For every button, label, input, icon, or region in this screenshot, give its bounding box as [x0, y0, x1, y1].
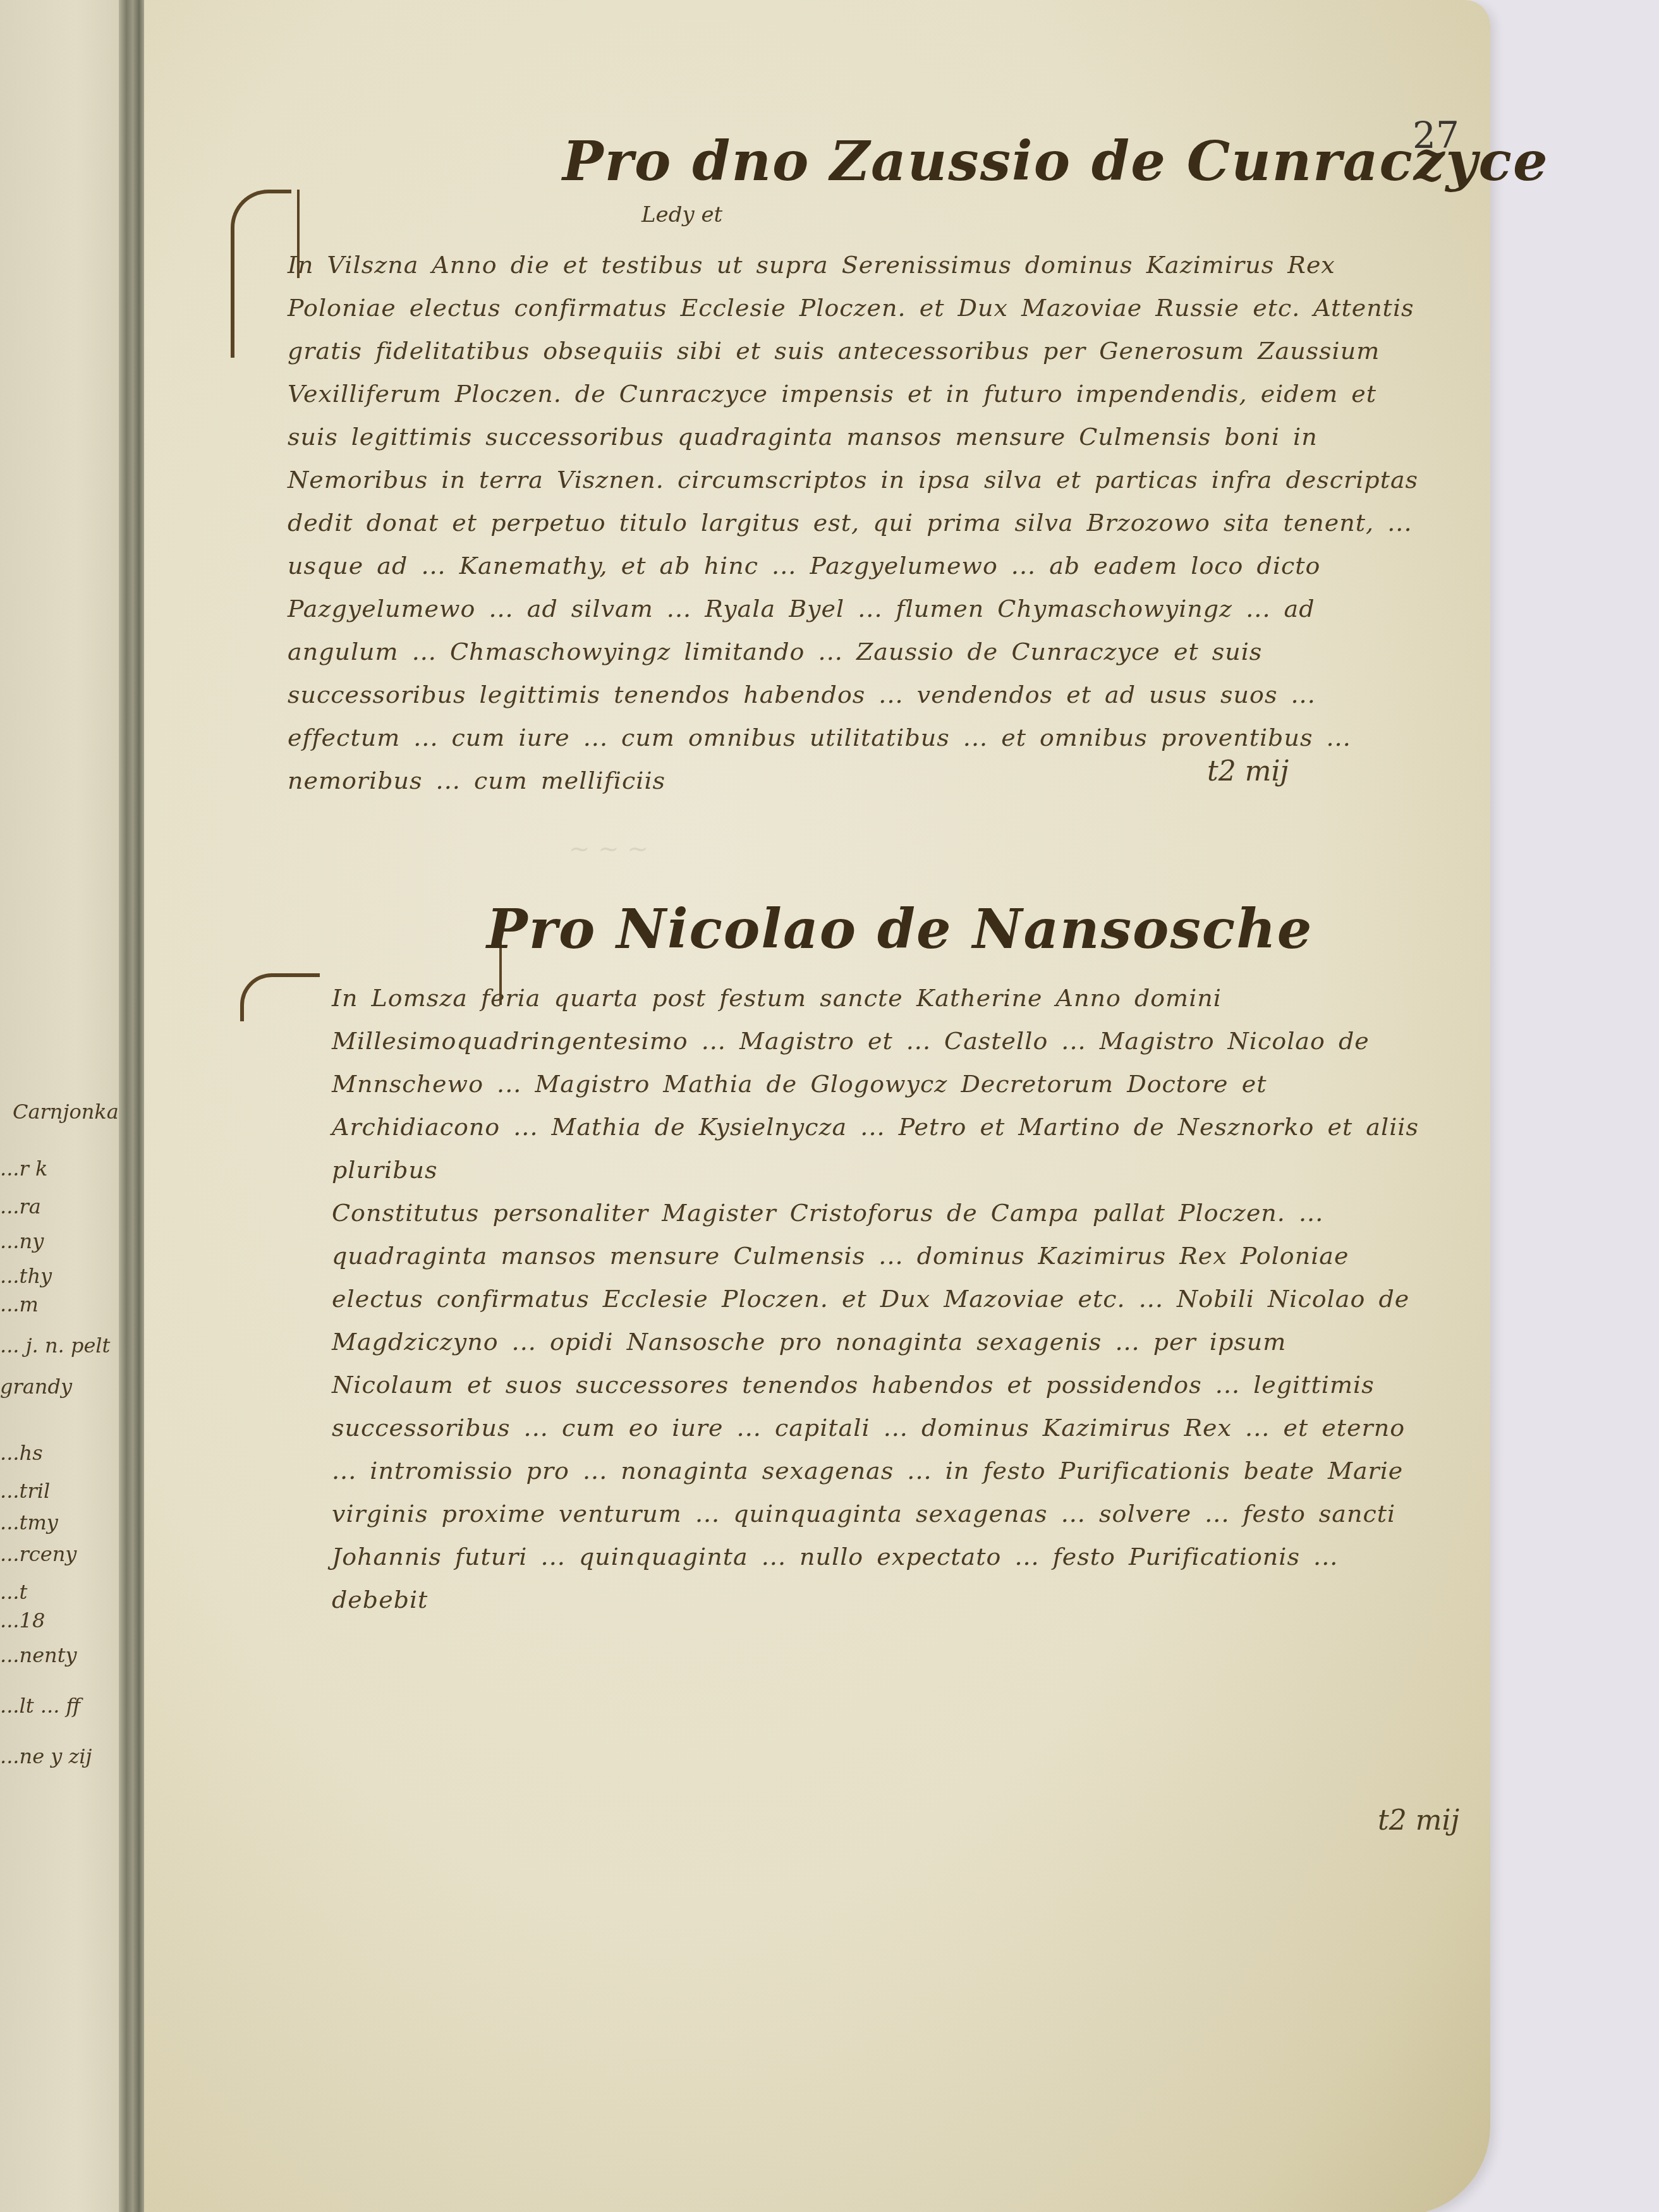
signature-mark: t2 mij [1378, 1804, 1459, 1837]
initial-flourish [231, 190, 291, 358]
initial-flourish [240, 973, 320, 1021]
entry-text: In Vilszna Anno die et testibus ut supra… [288, 243, 1438, 802]
signature-mark: t2 mij [1207, 755, 1289, 787]
margin-note: grandy [0, 1375, 72, 1399]
margin-note: ...tmy [0, 1510, 58, 1534]
entry-text: In Lomsza feria quarta post festum sanct… [332, 976, 1431, 1191]
margin-note: ...ny [0, 1229, 44, 1253]
margin-note: ...ra [0, 1194, 41, 1218]
margin-note: ...lt ... ff [0, 1694, 80, 1718]
bleed-through: ~ ~ ~ [569, 834, 648, 863]
interlinear-note: Ledy et [641, 202, 722, 228]
margin-note: ...ne y zij [0, 1744, 92, 1768]
margin-note: ... j. n. pelt [0, 1334, 110, 1358]
margin-note: ...thy [0, 1264, 52, 1288]
margin-note: ...m [0, 1292, 39, 1316]
margin-note: Carnjonka [13, 1100, 119, 1124]
margin-note: ...t [0, 1580, 27, 1604]
margin-note: ...tril [0, 1479, 50, 1503]
margin-note: ...rceny [0, 1542, 76, 1566]
book-gutter [119, 0, 144, 2212]
entry-heading: Pro Nicolao de Nansosche [487, 897, 1313, 961]
entry-text: Constitutus personaliter Magister Cristo… [332, 1191, 1419, 1621]
margin-note: ...hs [0, 1441, 43, 1465]
entry-heading: Pro dno Zaussio de Cunraczyce [562, 130, 1549, 193]
margin-note: ...18 [0, 1608, 45, 1632]
margin-note: ...nenty [0, 1643, 77, 1667]
margin-note: ...r k [0, 1157, 47, 1181]
left-facing-page: Carnjonka ...r k ...ra ...ny ...thy ...m… [0, 0, 126, 2212]
